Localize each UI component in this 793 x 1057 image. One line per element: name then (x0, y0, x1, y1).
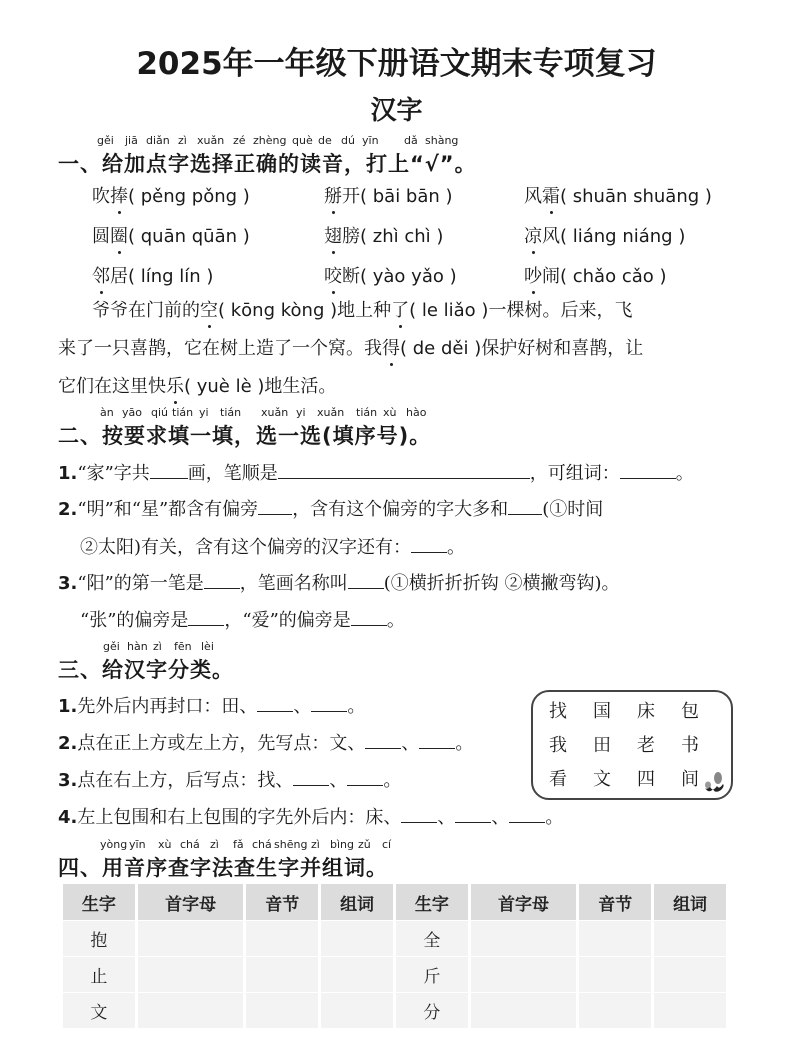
pinyin-options[interactable]: ( le liǎo ) (409, 300, 488, 321)
column-header: 首字母 (471, 884, 577, 920)
table-row: 抱 全 (63, 920, 726, 956)
answer-cell[interactable] (321, 920, 393, 956)
section4-pinyin: yòng yīn xù chá zì fǎ chá shēng zì bìng … (0, 838, 793, 852)
pinyin-options[interactable]: ( zhì chì ) (360, 226, 443, 247)
answer-blank[interactable] (150, 460, 188, 479)
answer-cell[interactable] (138, 992, 244, 1028)
word-item: 掰开( bāi bān ) (324, 182, 524, 208)
section3-heading: 三、给汉字分类。 (58, 654, 234, 684)
classify-item-3: 3.点在右上方，后写点：找、、。 (58, 766, 401, 792)
passage-line-3: 它们在这里快乐( yuè lè )地生活。 (58, 372, 336, 398)
bank-char: 文 (593, 768, 637, 792)
question-2-3: 3.“阳”的第一笔是，笔画名称叫(①横折折折钩 ②横撇弯钩)。 (58, 569, 620, 595)
answer-blank[interactable] (347, 767, 383, 786)
word-item: 凉风( liáng niáng ) (524, 222, 744, 248)
table-row: 止 斤 (63, 956, 726, 992)
lookup-table: 生字 首字母 音节 组词 生字 首字母 音节 组词 抱 全 止 斤 (60, 884, 729, 1028)
word-choice-grid: 吹捧( pěng pǒng ) 掰开( bāi bān ) 风霜( shuān … (92, 182, 744, 288)
answer-cell[interactable] (138, 956, 244, 992)
answer-blank[interactable] (620, 460, 676, 479)
word-item: 邻居( líng lín ) (92, 262, 324, 288)
section1-heading: 一、给加点字选择正确的读音，打上“√”。 (58, 148, 477, 178)
answer-blank[interactable] (278, 460, 530, 479)
question-2-2-cont: ②太阳)有关，含有这个偏旁的汉字还有：。 (80, 533, 465, 559)
table-row: 文 分 (63, 992, 726, 1028)
bank-char: 老 (637, 734, 681, 758)
column-header: 音节 (246, 884, 318, 920)
answer-blank[interactable] (411, 534, 447, 553)
answer-cell[interactable] (654, 956, 726, 992)
answer-blank[interactable] (509, 804, 545, 823)
word-item: 吹捧( pěng pǒng ) (92, 182, 324, 208)
section2-pinyin: àn yāo qiú tián yi tián xuǎn yi xuǎn tiá… (0, 406, 793, 420)
answer-cell[interactable] (321, 956, 393, 992)
answer-blank[interactable] (348, 570, 384, 589)
character-cell: 止 (63, 956, 135, 992)
answer-blank[interactable] (455, 804, 491, 823)
word-item: 翅膀( zhì chì ) (324, 222, 524, 248)
character-bank-box: 找 国 床 包 我 田 老 书 看 文 四 间 (531, 690, 733, 800)
word-item: 咬断( yào yǎo ) (324, 262, 524, 288)
column-header: 组词 (654, 884, 726, 920)
section2-heading: 二、按要求填一填，选一选(填序号)。 (58, 420, 431, 450)
bank-char: 田 (593, 734, 637, 758)
flower-icon (701, 770, 727, 794)
character-cell: 斤 (396, 956, 468, 992)
answer-cell[interactable] (471, 992, 577, 1028)
table-header-row: 生字 首字母 音节 组词 生字 首字母 音节 组词 (63, 884, 726, 920)
answer-blank[interactable] (188, 607, 224, 626)
word-item: 圆圈( quān qūān ) (92, 222, 324, 248)
answer-cell[interactable] (471, 920, 577, 956)
classify-item-2: 2.点在正上方或左上方，先写点：文、、。 (58, 729, 473, 755)
character-cell: 文 (63, 992, 135, 1028)
section3-pinyin: gěi hàn zì fēn lèi (0, 640, 793, 654)
word-item: 风霜( shuān shuāng ) (524, 182, 744, 208)
question-2-2: 2.“明”和“星”都含有偏旁，含有这个偏旁的字大多和(①时间 (58, 495, 603, 521)
column-header: 生字 (396, 884, 468, 920)
answer-cell[interactable] (654, 992, 726, 1028)
pinyin-options[interactable]: ( líng lín ) (128, 266, 213, 287)
page-title: 2025年一年级下册语文期末专项复习 (0, 38, 793, 83)
bank-char: 我 (549, 734, 593, 758)
section4-heading: 四、用音序查字法查生字并组词。 (58, 852, 388, 882)
classify-item-4: 4.左上包围和右上包围的字先外后内：床、、、。 (58, 803, 563, 829)
answer-blank[interactable] (365, 730, 401, 749)
passage-line-2: 来了一只喜鹊，它在树上造了一个窝。我得( de děi )保护好树和喜鹊，让 (58, 334, 643, 360)
pinyin-options[interactable]: ( chǎo cǎo ) (560, 266, 667, 287)
answer-blank[interactable] (351, 607, 387, 626)
character-cell: 抱 (63, 920, 135, 956)
answer-cell[interactable] (138, 920, 244, 956)
answer-cell[interactable] (321, 992, 393, 1028)
question-2-1: 1.“家”字共画，笔顺是，可组词：。 (58, 459, 694, 485)
pinyin-options[interactable]: ( yào yǎo ) (360, 266, 457, 287)
answer-cell[interactable] (246, 992, 318, 1028)
answer-blank[interactable] (258, 496, 292, 515)
answer-cell[interactable] (471, 956, 577, 992)
bank-char: 包 (681, 700, 725, 724)
answer-cell[interactable] (654, 920, 726, 956)
classify-item-1: 1.先外后内再封口：田、、。 (58, 692, 365, 718)
pinyin-options[interactable]: ( bāi bān ) (360, 186, 453, 207)
answer-blank[interactable] (508, 496, 542, 515)
answer-blank[interactable] (204, 570, 240, 589)
answer-cell[interactable] (579, 992, 651, 1028)
answer-cell[interactable] (579, 956, 651, 992)
column-header: 组词 (321, 884, 393, 920)
pinyin-options[interactable]: ( liáng niáng ) (560, 226, 685, 247)
pinyin-options[interactable]: ( pěng pǒng ) (128, 186, 250, 207)
word-item: 吵闹( chǎo cǎo ) (524, 262, 744, 288)
pinyin-options[interactable]: ( kōng kòng ) (218, 300, 337, 321)
bank-char: 书 (681, 734, 725, 758)
pinyin-options[interactable]: ( quān qūān ) (128, 226, 250, 247)
answer-cell[interactable] (246, 956, 318, 992)
bank-char: 床 (637, 700, 681, 724)
section1-pinyin: gěi jiā diǎn zì xuǎn zé zhèng què de dú … (0, 134, 793, 148)
character-cell: 全 (396, 920, 468, 956)
passage-line-1: 爷爷在门前的空( kōng kòng )地上种了( le liǎo )一棵树。后… (92, 296, 632, 322)
pinyin-options[interactable]: ( yuè lè ) (184, 376, 264, 397)
column-header: 生字 (63, 884, 135, 920)
bank-char: 四 (637, 768, 681, 792)
answer-blank[interactable] (401, 804, 437, 823)
answer-cell[interactable] (246, 920, 318, 956)
answer-cell[interactable] (579, 920, 651, 956)
bank-char: 看 (549, 768, 593, 792)
column-header: 音节 (579, 884, 651, 920)
answer-blank[interactable] (293, 767, 329, 786)
answer-blank[interactable] (257, 693, 293, 712)
page-subtitle: 汉字 (0, 90, 793, 127)
character-cell: 分 (396, 992, 468, 1028)
bank-char: 找 (549, 700, 593, 724)
answer-blank[interactable] (311, 693, 347, 712)
answer-blank[interactable] (419, 730, 455, 749)
question-2-3-cont: “张”的偏旁是，“爱”的偏旁是。 (80, 606, 405, 632)
bank-char: 国 (593, 700, 637, 724)
column-header: 首字母 (138, 884, 244, 920)
pinyin-options[interactable]: ( shuān shuāng ) (560, 186, 712, 207)
character-bank: 找 国 床 包 我 田 老 书 看 文 四 间 (549, 700, 725, 792)
pinyin-options[interactable]: ( de děi ) (400, 338, 481, 359)
